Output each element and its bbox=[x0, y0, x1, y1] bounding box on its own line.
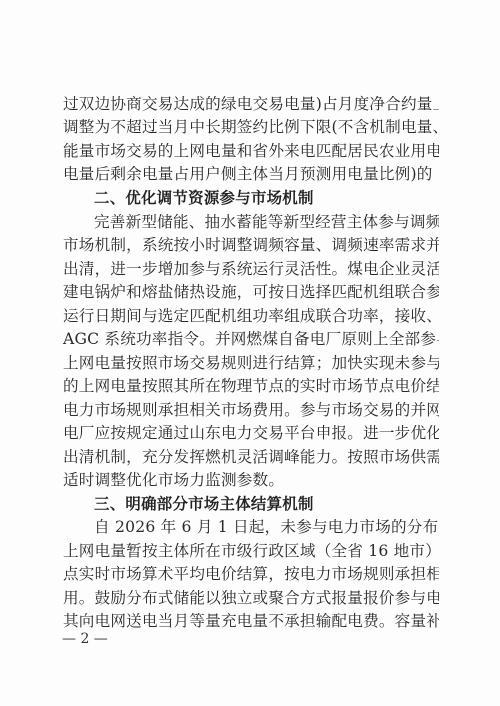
paragraph-line: 调整为不超过当月中长期签约比例下限(不含机制电量、未参与电 bbox=[63, 117, 439, 137]
paragraph-line: 用。鼓励分布式储能以独立或聚合方式报量报价参与电力市场， bbox=[63, 588, 439, 608]
paragraph-line: 电量后剩余电量占用户侧主体当月预测用电量比例)的 50%。 bbox=[63, 164, 439, 184]
paragraph-line: 适时调整优化市场力监测参数。 bbox=[63, 470, 439, 490]
section-heading: 三、明确部分市场主体结算机制 bbox=[94, 494, 314, 514]
paragraph-line: 市场机制，系统按小时调整调频容量、调频速率需求并开展分时 bbox=[63, 235, 439, 255]
paragraph-line: 上网电量暂按主体所在市级行政区域（全省 16 地市）发电侧节 bbox=[63, 541, 439, 561]
paragraph-line: AGC 系统功率指令。并网燃煤自备电厂原则上全部参与市场交易， bbox=[63, 329, 439, 349]
paragraph-line: 电力市场规则承担相关市场费用。参与市场交易的并网燃煤自备 bbox=[63, 400, 439, 420]
paragraph-line: 运行日期间与选定匹配机组功率组成联合功率，接收、响应电网 bbox=[63, 306, 439, 326]
paragraph-line: 能量市场交易的上网电量和省外来电匹配居民农业用电等保障性 bbox=[63, 141, 439, 161]
paragraph-line: 建电锅炉和熔盐储热设施，可按日选择匹配机组联合参与市场， bbox=[63, 282, 439, 302]
section-heading: 二、优化调节资源参与市场机制 bbox=[94, 188, 314, 208]
paragraph-line: 出清，进一步增加参与系统运行灵活性。煤电企业灵活性改造配 bbox=[63, 259, 439, 279]
document-page: 过双边协商交易达成的绿电交易电量)占月度净合约量上限比例， 调整为不超过当月中长… bbox=[0, 0, 500, 706]
paragraph-line: 完善新型储能、抽水蓄能等新型经营主体参与调频辅助服务 bbox=[94, 212, 439, 232]
paragraph-line: 点实时市场算术平均电价结算，按电力市场规则承担相关市场费 bbox=[63, 564, 439, 584]
page-number: — 2 — bbox=[62, 630, 108, 648]
paragraph-line: 的上网电量按照其所在物理节点的实时市场节点电价结算，按照 bbox=[63, 376, 439, 396]
paragraph-line: 出清机制，充分发挥燃机灵活调峰能力。按照市场供需比情况， bbox=[63, 447, 439, 467]
paragraph-line: 过双边协商交易达成的绿电交易电量)占月度净合约量上限比例， bbox=[63, 94, 439, 114]
paragraph-line: 上网电量按照市场交易规则进行结算；加快实现未参与市场交易 bbox=[63, 353, 439, 373]
paragraph-line: 自 2026 年 6 月 1 日起，未参与电力市场的分布式储能，其 bbox=[94, 517, 439, 537]
paragraph-line: 其向电网送电当月等量充电量不承担输配电费。容量补偿费用方 bbox=[63, 611, 439, 631]
paragraph-line: 电厂应按规定通过山东电力交易平台申报。进一步优化燃机市场 bbox=[63, 423, 439, 443]
